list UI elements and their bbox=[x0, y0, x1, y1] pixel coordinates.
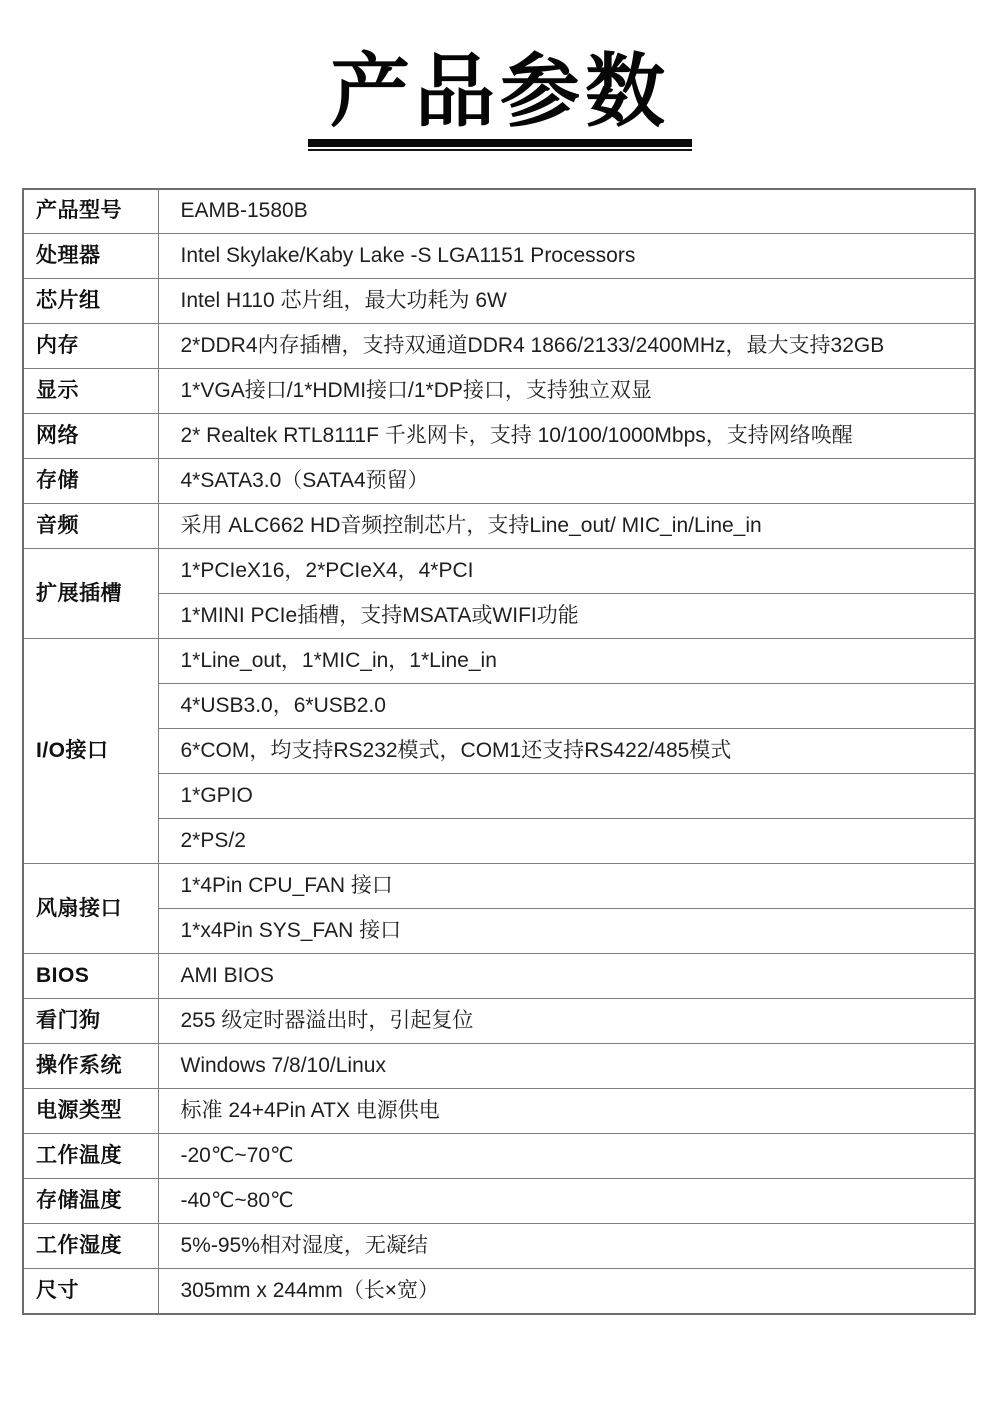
title-underline-thin bbox=[308, 149, 692, 151]
spec-row: 工作温度-20℃~70℃ bbox=[23, 1134, 975, 1179]
spec-value-cell: EAMB-1580B bbox=[158, 189, 975, 234]
spec-row: 2*PS/2 bbox=[23, 819, 975, 864]
spec-table-body: 产品型号EAMB-1580B处理器Intel Skylake/Kaby Lake… bbox=[23, 189, 975, 1314]
spec-value-cell: 1*VGA接口/1*HDMI接口/1*DP接口，支持独立双显 bbox=[158, 369, 975, 414]
spec-value-cell: 4*USB3.0，6*USB2.0 bbox=[158, 684, 975, 729]
spec-label-cell: 显示 bbox=[23, 369, 158, 414]
spec-label-cell: 存储温度 bbox=[23, 1179, 158, 1224]
spec-table: 产品型号EAMB-1580B处理器Intel Skylake/Kaby Lake… bbox=[22, 188, 976, 1315]
product-spec-page: 产品参数 产品型号EAMB-1580B处理器Intel Skylake/Kaby… bbox=[0, 0, 1000, 1427]
page-title: 产品参数 bbox=[330, 50, 670, 135]
spec-value-cell: 采用 ALC662 HD音频控制芯片，支持Line_out/ MIC_in/Li… bbox=[158, 504, 975, 549]
spec-label-cell: 网络 bbox=[23, 414, 158, 459]
spec-row: 内存2*DDR4内存插槽，支持双通道DDR4 1866/2133/2400MHz… bbox=[23, 324, 975, 369]
spec-value-cell: 1*MINI PCIe插槽，支持MSATA或WIFI功能 bbox=[158, 594, 975, 639]
title-section: 产品参数 bbox=[0, 0, 1000, 151]
spec-row: BIOSAMI BIOS bbox=[23, 954, 975, 999]
spec-value-cell: 2*DDR4内存插槽，支持双通道DDR4 1866/2133/2400MHz，最… bbox=[158, 324, 975, 369]
spec-label-cell: 扩展插槽 bbox=[23, 549, 158, 639]
spec-row: 存储4*SATA3.0（SATA4预留） bbox=[23, 459, 975, 504]
spec-value-cell: 4*SATA3.0（SATA4预留） bbox=[158, 459, 975, 504]
spec-label-cell: 内存 bbox=[23, 324, 158, 369]
spec-row: 芯片组Intel H110 芯片组，最大功耗为 6W bbox=[23, 279, 975, 324]
spec-row: 1*MINI PCIe插槽，支持MSATA或WIFI功能 bbox=[23, 594, 975, 639]
spec-value-cell: 305mm x 244mm（长×宽） bbox=[158, 1269, 975, 1314]
spec-value-cell: -40℃~80℃ bbox=[158, 1179, 975, 1224]
spec-label-cell: 操作系统 bbox=[23, 1044, 158, 1089]
spec-row: 存储温度-40℃~80℃ bbox=[23, 1179, 975, 1224]
spec-row: 6*COM，均支持RS232模式，COM1还支持RS422/485模式 bbox=[23, 729, 975, 774]
spec-value-cell: Intel H110 芯片组，最大功耗为 6W bbox=[158, 279, 975, 324]
spec-label-cell: I/O接口 bbox=[23, 639, 158, 864]
spec-value-cell: 标准 24+4Pin ATX 电源供电 bbox=[158, 1089, 975, 1134]
spec-label-cell: 尺寸 bbox=[23, 1269, 158, 1314]
spec-value-cell: 5%-95%相对湿度，无凝结 bbox=[158, 1224, 975, 1269]
spec-row: 工作湿度5%-95%相对湿度，无凝结 bbox=[23, 1224, 975, 1269]
spec-label-cell: BIOS bbox=[23, 954, 158, 999]
spec-value-cell: 2* Realtek RTL8111F 千兆网卡，支持 10/100/1000M… bbox=[158, 414, 975, 459]
spec-label-cell: 工作温度 bbox=[23, 1134, 158, 1179]
title-underline bbox=[308, 139, 692, 151]
spec-row: 风扇接口1*4Pin CPU_FAN 接口 bbox=[23, 864, 975, 909]
spec-row: 4*USB3.0，6*USB2.0 bbox=[23, 684, 975, 729]
spec-row: 电源类型标准 24+4Pin ATX 电源供电 bbox=[23, 1089, 975, 1134]
spec-row: 1*x4Pin SYS_FAN 接口 bbox=[23, 909, 975, 954]
spec-row: I/O接口1*Line_out，1*MIC_in，1*Line_in bbox=[23, 639, 975, 684]
title-underline-bar bbox=[308, 139, 692, 147]
spec-label-cell: 音频 bbox=[23, 504, 158, 549]
spec-row: 1*GPIO bbox=[23, 774, 975, 819]
spec-label-cell: 工作湿度 bbox=[23, 1224, 158, 1269]
spec-label-cell: 产品型号 bbox=[23, 189, 158, 234]
spec-row: 尺寸305mm x 244mm（长×宽） bbox=[23, 1269, 975, 1314]
spec-label-cell: 芯片组 bbox=[23, 279, 158, 324]
spec-value-cell: 2*PS/2 bbox=[158, 819, 975, 864]
spec-value-cell: AMI BIOS bbox=[158, 954, 975, 999]
spec-value-cell: 1*GPIO bbox=[158, 774, 975, 819]
spec-value-cell: 1*PCIeX16，2*PCIeX4，4*PCI bbox=[158, 549, 975, 594]
spec-row: 处理器Intel Skylake/Kaby Lake -S LGA1151 Pr… bbox=[23, 234, 975, 279]
spec-row: 操作系统Windows 7/8/10/Linux bbox=[23, 1044, 975, 1089]
spec-value-cell: Intel Skylake/Kaby Lake -S LGA1151 Proce… bbox=[158, 234, 975, 279]
spec-value-cell: 1*Line_out，1*MIC_in，1*Line_in bbox=[158, 639, 975, 684]
spec-value-cell: -20℃~70℃ bbox=[158, 1134, 975, 1179]
spec-value-cell: Windows 7/8/10/Linux bbox=[158, 1044, 975, 1089]
spec-label-cell: 存储 bbox=[23, 459, 158, 504]
spec-label-cell: 处理器 bbox=[23, 234, 158, 279]
spec-label-cell: 看门狗 bbox=[23, 999, 158, 1044]
spec-row: 网络2* Realtek RTL8111F 千兆网卡，支持 10/100/100… bbox=[23, 414, 975, 459]
spec-value-cell: 1*4Pin CPU_FAN 接口 bbox=[158, 864, 975, 909]
spec-row: 产品型号EAMB-1580B bbox=[23, 189, 975, 234]
spec-row: 扩展插槽1*PCIeX16，2*PCIeX4，4*PCI bbox=[23, 549, 975, 594]
spec-row: 音频采用 ALC662 HD音频控制芯片，支持Line_out/ MIC_in/… bbox=[23, 504, 975, 549]
spec-label-cell: 电源类型 bbox=[23, 1089, 158, 1134]
spec-value-cell: 1*x4Pin SYS_FAN 接口 bbox=[158, 909, 975, 954]
spec-label-cell: 风扇接口 bbox=[23, 864, 158, 954]
spec-value-cell: 6*COM，均支持RS232模式，COM1还支持RS422/485模式 bbox=[158, 729, 975, 774]
spec-row: 显示1*VGA接口/1*HDMI接口/1*DP接口，支持独立双显 bbox=[23, 369, 975, 414]
spec-row: 看门狗255 级定时器溢出时，引起复位 bbox=[23, 999, 975, 1044]
spec-value-cell: 255 级定时器溢出时，引起复位 bbox=[158, 999, 975, 1044]
